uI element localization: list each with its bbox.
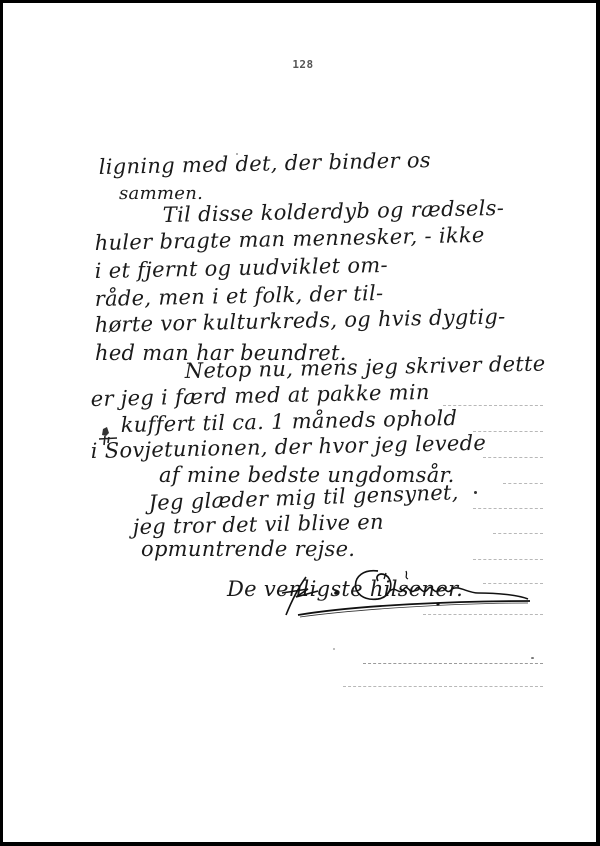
ruled-line [503,483,543,484]
letter-line: i et fjernt og uudviklet om- [94,253,388,283]
letter-line: jeg tror det vil blive en [132,510,384,539]
ruled-line [443,405,543,406]
letter-line: huler bragte man mennesker, - ikke [94,223,484,255]
ruled-line [483,457,543,458]
ruled-line [473,559,543,560]
letter-line: Til disse kolderdyb og rædsels- [162,196,504,227]
letter-line: ligning med det, der binder os [98,148,431,179]
ruled-line [473,508,543,509]
ruled-line [483,583,543,584]
page-number: 128 [3,58,600,71]
letter-line: råde, men i et folk, der til- [94,281,383,311]
ruled-line [473,431,543,432]
ruled-line [493,533,543,534]
document-page: 128 ligning med det, der binder os samme… [0,0,600,846]
letter-line: opmuntrende rejse. [141,537,355,561]
ruled-line [343,686,543,687]
scan-speck [531,657,534,659]
scan-speck [333,648,335,650]
ruled-line [423,614,543,615]
ink-blot-icon [97,427,119,447]
ruled-line [363,663,543,664]
scan-speck [236,153,238,155]
letter-line: sammen. [119,183,203,204]
scan-speck [474,491,477,494]
letter-line: er jeg i færd med at pakke min [90,380,429,411]
